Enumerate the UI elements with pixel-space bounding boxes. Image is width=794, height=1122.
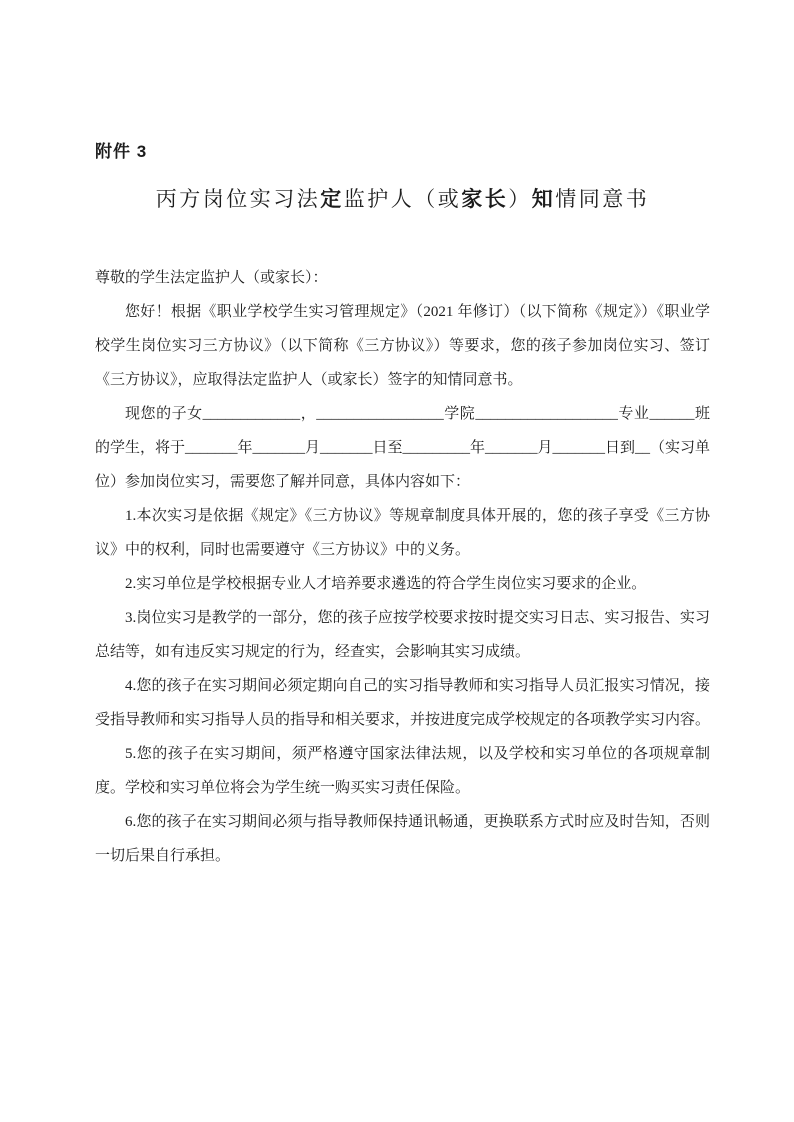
paragraph: 6.您的孩子在实习期间必须与指导教师保持通讯畅通，更换联系方式时应及时告知，否则… (95, 805, 710, 873)
paragraph-list: 您好！根据《职业学校学生实习管理规定》（2021 年修订）（以下简称《规定》）《… (95, 295, 710, 873)
document-title: 丙方岗位实习法定监护人（或家长）知情同意书 (95, 184, 710, 214)
paragraph: 1.本次实习是依据《规定》《三方协议》等规章制度具体开展的，您的孩子享受《三方协… (95, 499, 710, 567)
salutation: 尊敬的学生法定监护人（或家长）： (95, 261, 710, 295)
title-segment: 丙方岗位实习法 (156, 187, 321, 211)
document-body: 尊敬的学生法定监护人（或家长）： 您好！根据《职业学校学生实习管理规定》（202… (95, 261, 710, 873)
paragraph: 您好！根据《职业学校学生实习管理规定》（2021 年修订）（以下简称《规定》）《… (95, 295, 710, 397)
title-segment: 家长 (461, 187, 508, 211)
paragraph: 2.实习单位是学校根据专业人才培养要求遴选的符合学生岗位实习要求的企业。 (95, 567, 710, 601)
title-segment: 知 (532, 187, 556, 211)
paragraph: 3.岗位实习是教学的一部分，您的孩子应按学校要求按时提交实习日志、实习报告、实习… (95, 601, 710, 669)
paragraph: 4.您的孩子在实习期间必须定期向自己的实习指导教师和实习指导人员汇报实习情况，接… (95, 669, 710, 737)
title-segment: 情同意书 (555, 187, 649, 211)
title-segment: 定 (320, 187, 344, 211)
attachment-label: 附件 3 (95, 141, 710, 163)
title-segment: 监护人（或 (344, 187, 462, 211)
title-segment: ） (508, 187, 532, 211)
document-page: 附件 3 丙方岗位实习法定监护人（或家长）知情同意书 尊敬的学生法定监护人（或家… (0, 0, 794, 1122)
paragraph: 5.您的孩子在实习期间，须严格遵守国家法律法规，以及学校和实习单位的各项规章制度… (95, 737, 710, 805)
paragraph: 现您的子女_____________，_________________学院__… (95, 397, 710, 499)
